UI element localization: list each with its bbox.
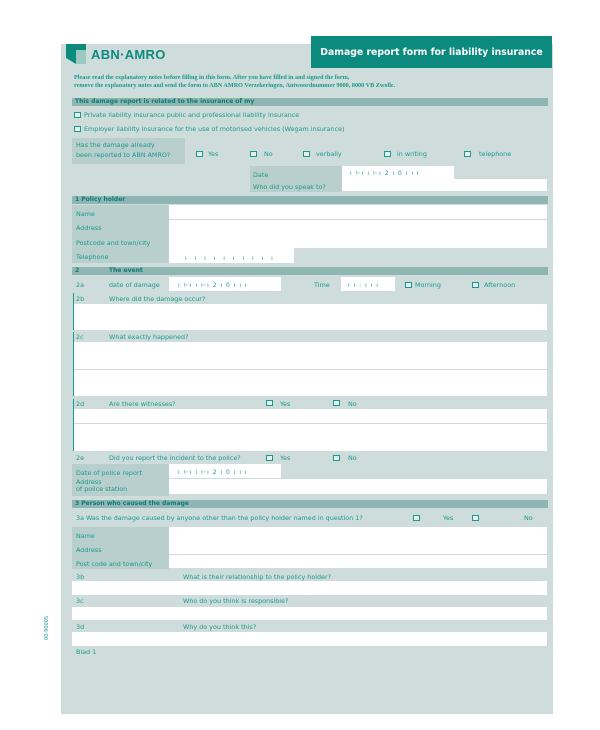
police-address-field[interactable] <box>169 479 547 494</box>
abn-amro-shield-icon <box>66 44 86 64</box>
time-mask: ı ı : ı ı ı <box>348 282 379 290</box>
q3b-label: What is their relationship to the policy… <box>183 573 331 581</box>
police-address-label-2: of police station <box>76 486 127 493</box>
holder-address-field[interactable] <box>169 220 547 248</box>
insurance-band: This damage report is related to the ins… <box>72 98 548 106</box>
q2d-divider <box>74 423 547 424</box>
in-writing-checkbox[interactable] <box>384 151 391 157</box>
event-band-num: 2 <box>75 267 79 274</box>
witnesses-yes-label: Yes <box>280 400 290 408</box>
person-name-address-field[interactable] <box>169 527 547 554</box>
person-band: 3 Person who caused the damage <box>72 500 548 508</box>
reported-date-label: Date <box>253 171 268 179</box>
q3b-answer-field[interactable] <box>72 581 547 595</box>
private-liability-checkbox[interactable] <box>74 112 81 118</box>
q3c-answer-field[interactable] <box>72 607 547 620</box>
other-cause-no-label: No <box>524 514 533 522</box>
telephone-mask: ı ı ı ı ı ı ı ı ı ı <box>185 255 276 263</box>
other-cause-no-checkbox[interactable] <box>472 515 479 521</box>
holder-telephone-label: Telephone <box>76 253 108 261</box>
intro-line-1: Please read the explanatory notes before… <box>74 74 544 82</box>
q3c-label: Who do you think is responsible? <box>183 597 288 605</box>
police-no-checkbox[interactable] <box>333 455 340 461</box>
q2b-label: Where did the damage occur? <box>109 295 205 303</box>
q2c-divider <box>74 369 547 370</box>
q3d-answer-field[interactable] <box>72 632 547 646</box>
q3d-label: Why do you think this? <box>183 623 256 631</box>
person-name-label: Name <box>76 532 95 540</box>
holder-address-label: Address <box>76 224 101 232</box>
police-date-label: Date of police report <box>76 469 142 477</box>
witnesses-yes-checkbox[interactable] <box>266 400 273 406</box>
q3a-label: 3a Was the damage caused by anyone other… <box>76 514 363 522</box>
q2c-label: What exactly happened? <box>109 333 188 341</box>
intro-line-2: remove the explanatory notes and send th… <box>74 82 544 90</box>
q2d-label: Are there witnesses? <box>109 400 176 408</box>
afternoon-checkbox[interactable] <box>472 282 479 288</box>
event-band: 2 The event <box>72 267 548 275</box>
q2d-num: 2d <box>76 400 84 408</box>
spoke-to-field[interactable] <box>342 179 547 191</box>
intro-text: Please read the explanatory notes before… <box>74 74 544 90</box>
employer-liability-label: Employer liability insurance for the use… <box>84 125 344 133</box>
police-yes-label: Yes <box>280 454 290 462</box>
employer-liability-checkbox[interactable] <box>74 126 81 132</box>
reported-date-mask: ı ⊢ı ı ⊢ı 2 ı 0 ı ı ı <box>350 170 420 178</box>
reported-no-label: No <box>264 150 273 158</box>
reported-yes-checkbox[interactable] <box>196 151 203 157</box>
holder-postcode-label: Postcode and town/city <box>76 239 150 247</box>
afternoon-label: Afternoon <box>484 281 515 289</box>
q3c-num: 3c <box>76 597 84 605</box>
q3b-num: 3b <box>76 573 84 581</box>
q2a-label: date of damage <box>109 281 160 289</box>
other-cause-yes-label: Yes <box>443 514 453 522</box>
morning-checkbox[interactable] <box>405 282 412 288</box>
holder-name-field[interactable] <box>169 205 547 219</box>
logo-text: ABN·AMRO <box>91 47 166 62</box>
private-liability-label: Private liability insurance public and p… <box>84 111 299 119</box>
telephone-label: telephone <box>479 150 511 158</box>
person-address-label: Address <box>76 546 101 554</box>
q2b-num: 2b <box>76 295 84 303</box>
police-no-label: No <box>348 454 357 462</box>
page-label: Blad 1 <box>76 648 96 656</box>
reported-no-checkbox[interactable] <box>250 151 257 157</box>
verbally-checkbox[interactable] <box>303 151 310 157</box>
reported-question-line2: been reported to ABN AMRO? <box>76 151 170 159</box>
in-writing-label: in writing <box>397 150 427 158</box>
abn-amro-logo: ABN·AMRO <box>66 44 166 64</box>
holder-name-label: Name <box>76 210 95 218</box>
policy-holder-band: 1 Policy holder <box>72 196 548 204</box>
police-date-mask: ı ⊢ı ı ⊢ı 2 ı 0 ı ı ı <box>178 469 248 477</box>
event-band-title: The event <box>109 267 143 275</box>
telephone-checkbox[interactable] <box>464 151 471 157</box>
witnesses-answer-field[interactable] <box>74 409 547 451</box>
other-cause-yes-checkbox[interactable] <box>413 515 420 521</box>
q3d-num: 3d <box>76 623 84 631</box>
police-yes-checkbox[interactable] <box>266 455 273 461</box>
person-postcode-label: Post code and town/city <box>76 560 152 568</box>
time-label: Time <box>314 281 330 289</box>
q2e-label: Did you report the incident to the polic… <box>109 454 241 462</box>
morning-label: Morning <box>415 281 441 289</box>
damage-date-mask: ı ⊢ı ı ⊢ı 2 ı 0 ı ı ı <box>178 282 248 290</box>
verbally-label: verbally <box>316 150 342 158</box>
q2e-num: 2e <box>76 454 84 462</box>
witnesses-no-checkbox[interactable] <box>333 400 340 406</box>
witnesses-no-label: No <box>348 400 357 408</box>
form-title: Damage report form for liability insuran… <box>311 36 552 68</box>
person-postcode-field[interactable] <box>169 555 547 568</box>
q2a-num: 2a <box>76 281 84 289</box>
reported-question-line1: Has the damage already <box>76 141 155 149</box>
reported-yes-label: Yes <box>208 150 218 158</box>
q2c-num: 2c <box>76 333 84 341</box>
spoke-to-label: Who did you speak to? <box>253 183 326 191</box>
q2b-answer-field[interactable] <box>74 304 547 330</box>
side-form-code: 00-9000S <box>44 600 56 640</box>
